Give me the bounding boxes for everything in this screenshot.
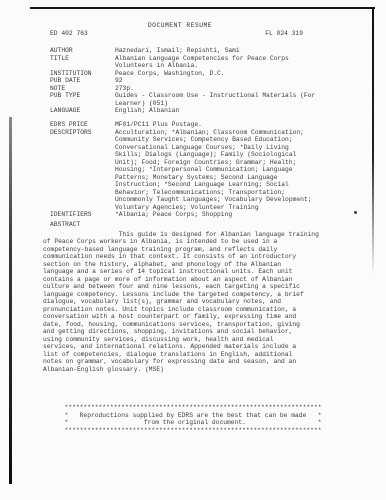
abstract-line: dialogue, vocabulary list(s), grammar an… bbox=[43, 298, 343, 306]
notice-line: ****************************************… bbox=[0, 404, 386, 412]
field-label: LANGUAGE bbox=[50, 107, 115, 115]
abstract-label: ABSTRACT bbox=[43, 221, 343, 229]
field-label: INSTITUTION bbox=[50, 70, 115, 78]
field-label: PUB DATE bbox=[50, 77, 115, 85]
abstract-section: ABSTRACT This guide is designed for Alba… bbox=[43, 221, 343, 373]
field-value-line: Uncommonly Taught Languages; Vocabulary … bbox=[115, 196, 312, 204]
field-value-line: Instruction; *Second Language Learning; … bbox=[115, 181, 312, 189]
field-row: IDENTIFIERS*Albania; Peace Corps; Shoppi… bbox=[50, 211, 312, 219]
abstract-line: and getting directions, shopping, invita… bbox=[43, 328, 343, 336]
abstract-line: of Peace Corps workers in Albania, is in… bbox=[43, 238, 343, 246]
field-row: INSTITUTIONPeace Corps, Washington, D.C. bbox=[50, 70, 315, 78]
field-row: EDRS PRICEMF01/PC11 Plus Postage. bbox=[50, 121, 312, 129]
field-row: DESCRIPTORSAcculturation; *Albanian; Cla… bbox=[50, 129, 312, 212]
field-value: English; Albanian bbox=[115, 107, 315, 115]
field-value-line: Albanian Language Competencies for Peace… bbox=[115, 55, 315, 63]
scanned-document-page: DOCUMENT RESUME ED 402 763 FL 024 319 AU… bbox=[0, 0, 386, 500]
bib-fields: AUTHORHaznedari, Ismail; Repishti, SamiT… bbox=[50, 47, 315, 115]
abstract-line: date, food, housing, communications serv… bbox=[43, 321, 343, 329]
field-value: 273p. bbox=[115, 85, 315, 93]
abstract-line: Albanian-English glossary. (MSE) bbox=[43, 366, 343, 374]
abstract-line: language and a series of 14 topical inst… bbox=[43, 268, 343, 276]
abstract-line: language competency. Lessons include the… bbox=[43, 291, 343, 299]
field-value-line: Peace Corps, Washington, D.C. bbox=[115, 70, 315, 78]
field-value: Guides - Classroom Use - Instructional M… bbox=[115, 92, 315, 107]
field-label: DESCRIPTORS bbox=[50, 129, 115, 137]
field-value-line: Conversational Language Courses; *Daily … bbox=[115, 144, 312, 152]
field-label: EDRS PRICE bbox=[50, 121, 115, 129]
field-row: PUB TYPEGuides - Classroom Use - Instruc… bbox=[50, 92, 315, 107]
clearinghouse-number: FL 024 319 bbox=[265, 30, 303, 38]
edrs-reproduction-notice: ****************************************… bbox=[0, 404, 386, 434]
field-value: MF01/PC11 Plus Postage. bbox=[115, 121, 312, 129]
scan-edge-right-rule bbox=[372, 8, 374, 276]
index-fields: EDRS PRICEMF01/PC11 Plus Postage.DESCRIP… bbox=[50, 121, 312, 219]
notice-line: * from the original document. * bbox=[0, 419, 386, 427]
field-value-line: *Albania; Peace Corps; Shopping bbox=[115, 211, 312, 219]
field-value-line: MF01/PC11 Plus Postage. bbox=[115, 121, 312, 129]
abstract-body: This guide is designed for Albanian lang… bbox=[43, 231, 343, 374]
field-value-line: Patterns; Monetary Systems; Second Langu… bbox=[115, 174, 312, 182]
field-value-line: Behavior; Telecommunications; Transporta… bbox=[115, 189, 312, 197]
abstract-line: conversation with a host counterpart or … bbox=[43, 313, 343, 321]
field-value-line: 273p. bbox=[115, 85, 315, 93]
notice-line: ****************************************… bbox=[0, 427, 386, 435]
abstract-line: list of competencies, dialogue translati… bbox=[43, 351, 343, 359]
abstract-line: contains a page or more of information a… bbox=[43, 276, 343, 284]
field-value-line: Guides - Classroom Use - Instructional M… bbox=[115, 92, 315, 100]
abstract-line: culture and between four and nine lesson… bbox=[43, 283, 343, 291]
abstract-line: communication needs in that context. It … bbox=[43, 253, 343, 261]
scan-edge-top-rule bbox=[30, 7, 375, 9]
abstract-line: services, and international relations. A… bbox=[43, 343, 343, 351]
abstract-line: pronunciation notes. Unit topics include… bbox=[43, 306, 343, 314]
field-label: AUTHOR bbox=[50, 47, 115, 55]
abstract-line: using community services, discussing wor… bbox=[43, 336, 343, 344]
field-row: PUB DATE92 bbox=[50, 77, 315, 85]
abstract-line: notes on grammar, vocabulary for express… bbox=[43, 358, 343, 366]
field-value-line: Haznedari, Ismail; Repishti, Sami bbox=[115, 47, 315, 55]
field-value: Haznedari, Ismail; Repishti, Sami bbox=[115, 47, 315, 55]
field-value-line: Voluntary Agencies; Volunteer Training bbox=[115, 204, 312, 212]
field-row: LANGUAGEEnglish; Albanian bbox=[50, 107, 315, 115]
field-value-line: Learner) (051) bbox=[115, 100, 315, 108]
field-value: Peace Corps, Washington, D.C. bbox=[115, 70, 315, 78]
field-row: NOTE273p. bbox=[50, 85, 315, 93]
field-value-line: English; Albanian bbox=[115, 107, 315, 115]
accession-number-row: ED 402 763 FL 024 319 bbox=[50, 30, 303, 38]
field-value: Acculturation; *Albanian; Classroom Comm… bbox=[115, 129, 312, 212]
field-value: *Albania; Peace Corps; Shopping bbox=[115, 211, 312, 219]
field-label: NOTE bbox=[50, 85, 115, 93]
field-value-line: Housing; *Interpersonal Communication; L… bbox=[115, 166, 312, 174]
abstract-line: This guide is designed for Albanian lang… bbox=[43, 231, 343, 239]
field-row: TITLEAlbanian Language Competencies for … bbox=[50, 55, 315, 70]
field-value-line: 92 bbox=[115, 77, 315, 85]
field-value-line: Volunteers in Albania. bbox=[115, 62, 315, 70]
field-label: IDENTIFIERS bbox=[50, 211, 115, 219]
scan-artifact-dot bbox=[354, 211, 357, 214]
field-value: Albanian Language Competencies for Peace… bbox=[115, 55, 315, 70]
notice-line: * Reproductions supplied by EDRS are the… bbox=[0, 412, 386, 420]
field-label: TITLE bbox=[50, 55, 115, 63]
field-row: AUTHORHaznedari, Ismail; Repishti, Sami bbox=[50, 47, 315, 55]
ed-number: ED 402 763 bbox=[50, 30, 88, 38]
abstract-line: competency-based language training progr… bbox=[43, 246, 343, 254]
field-value-line: Skills; Dialogs (Language); Family (Soci… bbox=[115, 151, 312, 159]
field-label: PUB TYPE bbox=[50, 92, 115, 100]
field-value-line: Acculturation; *Albanian; Classroom Comm… bbox=[115, 129, 312, 137]
document-resume-title: DOCUMENT RESUME bbox=[0, 22, 360, 30]
field-value-line: Unit); Food; Foreign Countries; Grammar;… bbox=[115, 159, 312, 167]
abstract-line: section on the history, alphabet, and ph… bbox=[43, 261, 343, 269]
field-value-line: Community Services; Competency Based Edu… bbox=[115, 136, 312, 144]
field-value: 92 bbox=[115, 77, 315, 85]
